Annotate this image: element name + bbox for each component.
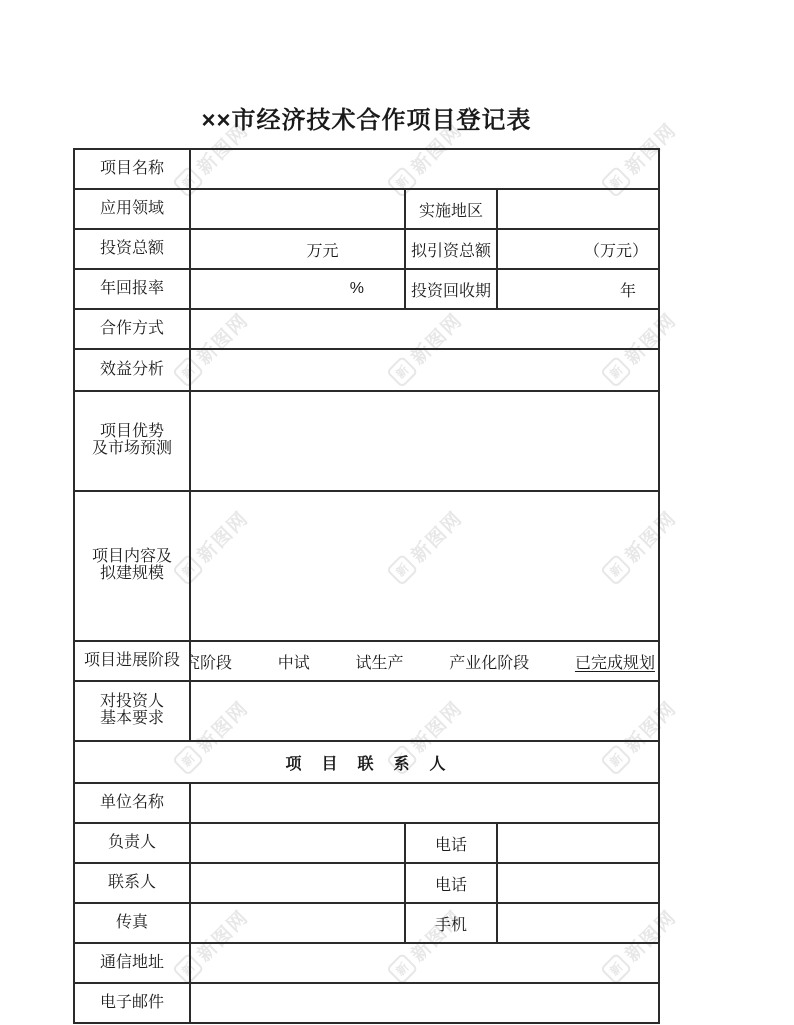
project-name-label: 项目名称 <box>75 150 189 188</box>
stage-option-industrialization[interactable]: 产业化阶段 <box>449 650 529 673</box>
row-progress-stage: 项目进展阶段 研究阶段 中试 试生产 产业化阶段 已完成规划 <box>75 640 658 680</box>
email-input-cell[interactable] <box>189 984 658 1022</box>
project-name-input-cell[interactable] <box>189 150 658 188</box>
stage-option-research[interactable]: 研究阶段 <box>189 650 232 673</box>
row-benefit: 效益分析 <box>75 348 658 390</box>
cooperation-mode-label: 合作方式 <box>75 310 189 348</box>
principal-phone-label: 电话 <box>404 824 496 862</box>
total-investment-input-cell[interactable]: 万元 <box>189 230 404 268</box>
mailing-address-label: 通信地址 <box>75 944 189 982</box>
company-name-label: 单位名称 <box>75 784 189 822</box>
cooperation-mode-input-cell[interactable] <box>189 310 658 348</box>
implementation-region-input-cell[interactable] <box>496 190 658 228</box>
application-field-label: 应用领域 <box>75 190 189 228</box>
page-title: ××市经济技术合作项目登记表 <box>73 100 660 135</box>
row-contact-section-header: 项 目 联 系 人 <box>75 740 658 782</box>
mailing-address-input-cell[interactable] <box>189 944 658 982</box>
planned-investment-label: 拟引资总额 <box>404 230 496 268</box>
row-principal: 负责人 电话 <box>75 822 658 862</box>
total-investment-unit: 万元 <box>306 238 338 261</box>
benefit-analysis-input-cell[interactable] <box>189 350 658 390</box>
row-email: 电子邮件 <box>75 982 658 1022</box>
contact-section-header: 项 目 联 系 人 <box>75 742 658 782</box>
row-contact-person: 联系人 电话 <box>75 862 658 902</box>
application-field-input-cell[interactable] <box>189 190 404 228</box>
row-mailing-address: 通信地址 <box>75 942 658 982</box>
row-investor-requirements: 对投资人 基本要求 <box>75 680 658 740</box>
project-content-label: 项目内容及 拟建规模 <box>75 492 189 640</box>
row-return-rate: 年回报率 % 投资回收期 年 <box>75 268 658 308</box>
contact-phone-input-cell[interactable] <box>496 864 658 902</box>
contact-person-label: 联系人 <box>75 864 189 902</box>
payback-period-input-cell[interactable]: 年 <box>496 270 658 308</box>
investor-requirements-label: 对投资人 基本要求 <box>75 682 189 740</box>
row-content-scale: 项目内容及 拟建规模 <box>75 490 658 640</box>
row-fax: 传真 手机 <box>75 902 658 942</box>
payback-period-unit: 年 <box>620 278 636 301</box>
registration-form-table: 项目名称 应用领域 实施地区 投资总额 万元 拟引资总额 （万元） 年回报率 %… <box>73 148 660 1024</box>
stage-option-pilot[interactable]: 中试 <box>278 650 310 673</box>
annual-return-input-cell[interactable]: % <box>189 270 404 308</box>
row-advantage: 项目优势 及市场预测 <box>75 390 658 490</box>
progress-stage-label: 项目进展阶段 <box>75 642 189 680</box>
annual-return-unit: % <box>350 280 364 298</box>
planned-investment-unit: （万元） <box>584 238 648 261</box>
company-name-input-cell[interactable] <box>189 784 658 822</box>
principal-input-cell[interactable] <box>189 824 404 862</box>
row-project-name: 项目名称 <box>75 150 658 188</box>
mobile-input-cell[interactable] <box>496 904 658 942</box>
investor-requirements-input-cell[interactable] <box>189 682 658 740</box>
contact-phone-label: 电话 <box>404 864 496 902</box>
implementation-region-label: 实施地区 <box>404 190 496 228</box>
project-advantage-input-cell[interactable] <box>189 392 658 490</box>
row-company-name: 单位名称 <box>75 782 658 822</box>
total-investment-label: 投资总额 <box>75 230 189 268</box>
stage-option-planning-completed[interactable]: 已完成规划 <box>575 650 655 673</box>
stage-option-trial-production[interactable]: 试生产 <box>355 650 403 673</box>
fax-input-cell[interactable] <box>189 904 404 942</box>
contact-person-input-cell[interactable] <box>189 864 404 902</box>
annual-return-label: 年回报率 <box>75 270 189 308</box>
payback-period-label: 投资回收期 <box>404 270 496 308</box>
progress-stage-options-cell: 研究阶段 中试 试生产 产业化阶段 已完成规划 <box>189 642 658 680</box>
email-label: 电子邮件 <box>75 984 189 1022</box>
fax-label: 传真 <box>75 904 189 942</box>
planned-investment-input-cell[interactable]: （万元） <box>496 230 658 268</box>
row-application-region: 应用领域 实施地区 <box>75 188 658 228</box>
project-advantage-label: 项目优势 及市场预测 <box>75 392 189 490</box>
benefit-analysis-label: 效益分析 <box>75 350 189 390</box>
row-cooperation: 合作方式 <box>75 308 658 348</box>
project-content-input-cell[interactable] <box>189 492 658 640</box>
mobile-label: 手机 <box>404 904 496 942</box>
principal-phone-input-cell[interactable] <box>496 824 658 862</box>
row-investment: 投资总额 万元 拟引资总额 （万元） <box>75 228 658 268</box>
principal-label: 负责人 <box>75 824 189 862</box>
